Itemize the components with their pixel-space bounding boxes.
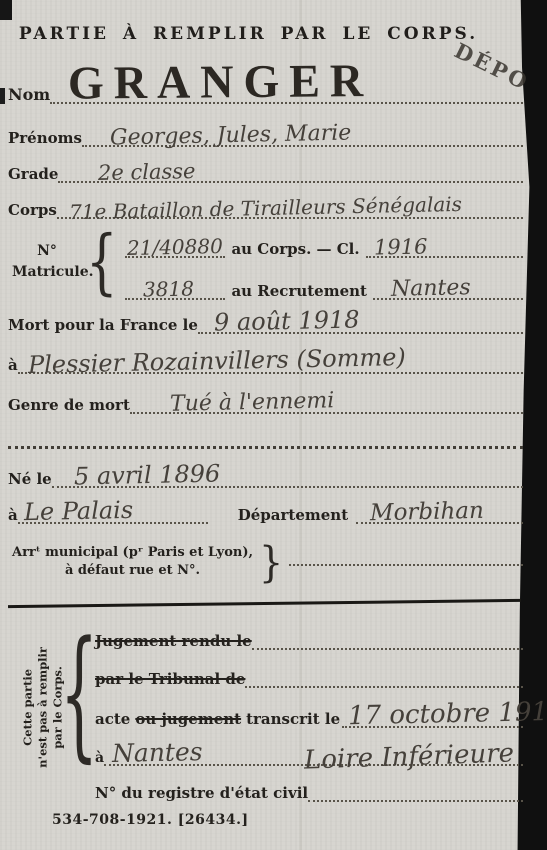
edge-mark [0, 88, 5, 104]
departement-label: Département [238, 506, 348, 524]
genre-mort-line: Tué à l'ennemi [130, 408, 523, 414]
registre-line [308, 796, 523, 802]
matricule-block: N° Matricule. 21/40880 au Corps. — Cl. 1… [12, 224, 523, 300]
acte-label-part2: transcrit le [246, 710, 340, 728]
matricule-recrutement-line: 3818 [125, 298, 225, 300]
transcription-date-value: 17 octobre 1919 [348, 697, 547, 732]
lieu-transcription-line: Nantes Loire Inférieure [104, 760, 523, 766]
field-row-mort: Mort pour la France le 9 août 1918 [8, 306, 523, 334]
grade-line: 2e classe [58, 177, 523, 183]
prenoms-value: Georges, Jules, Marie [110, 120, 352, 150]
field-row-tribunal: par le Tribunal de [95, 664, 523, 688]
acte-label-struck: ou jugement [135, 710, 241, 728]
arr-municipal-line [289, 560, 523, 566]
field-row-transcription: acte ou jugement transcrit le 17 octobre… [95, 698, 523, 728]
lieu-mort-line: Plessier Rozainvillers (Somme) [18, 368, 523, 374]
corps-value: 71e Bataillon de Tirailleurs Sénégalais [69, 192, 462, 224]
classe-value: 1916 [373, 234, 427, 259]
sidebar-note: Cette partie n'est pas à remplir par le … [21, 627, 66, 787]
matricule-brace [86, 226, 118, 297]
recrutement-line: Nantes [373, 294, 523, 300]
ne-le-value: 5 avril 1896 [73, 459, 220, 490]
jugement-line [252, 644, 523, 650]
corps-line: 71e Bataillon de Tirailleurs Sénégalais [57, 213, 523, 219]
tribunal-line [245, 682, 523, 688]
grade-label: Grade [8, 165, 58, 183]
field-row-naissance: à Le Palais Département Morbihan [8, 494, 523, 524]
matricule-recrutement-value: 3818 [143, 276, 194, 301]
acte-label-part1: acte [95, 710, 130, 728]
header-title: PARTIE À REMPLIR PAR LE CORPS. [10, 24, 487, 44]
field-row-lieu-mort: à Plessier Rozainvillers (Somme) [8, 344, 523, 374]
arr-municipal-label: Arrᵗ municipal (pʳ Paris et Lyon), à déf… [12, 544, 253, 579]
lieu-transcription-label: à [95, 750, 104, 766]
recrutement-value: Nantes [391, 275, 471, 302]
field-row-corps: Corps 71e Bataillon de Tirailleurs Sénég… [8, 192, 523, 219]
lieu-naissance-value: Le Palais [23, 496, 133, 526]
registre-label: N° du registre d'état civil [95, 784, 308, 802]
lieu-mort-label: à [8, 356, 18, 374]
arr-municipal-brace [259, 541, 283, 583]
departement-line: Morbihan [356, 518, 523, 524]
matricule-corps-line: 21/40880 [125, 256, 225, 258]
field-row-arr-municipal: Arrᵗ municipal (pʳ Paris et Lyon), à déf… [12, 542, 523, 582]
matricule-corps-value: 21/40880 [127, 234, 223, 260]
au-recrutement-label: au Recrutement [231, 282, 367, 300]
mort-line: 9 août 1918 [198, 328, 523, 334]
lieu-transcription-value: Nantes [112, 737, 203, 768]
arr-label-line1: Arrᵗ municipal (pʳ Paris et Lyon), [12, 544, 253, 562]
printer-imprint: 534-708-1921. [26434.] [52, 812, 249, 828]
grade-value: 2e classe [98, 159, 196, 185]
genre-mort-value: Tué à l'ennemi [170, 388, 335, 416]
arr-label-line2: à défaut rue et N°. [12, 562, 253, 580]
matricule-rows: 21/40880 au Corps. — Cl. 1916 3818 au Re… [125, 224, 523, 300]
field-row-nom: Nom GRANGER [8, 56, 523, 104]
field-row-grade: Grade 2e classe [8, 156, 523, 183]
transcription-date-line: 17 octobre 1919 [342, 722, 523, 728]
prenoms-line: Georges, Jules, Marie [82, 141, 523, 147]
civil-section-brace [60, 624, 98, 766]
section-rule [8, 599, 521, 608]
tribunal-label: par le Tribunal de [95, 670, 245, 688]
classe-line: 1916 [366, 252, 523, 258]
corner-mark [0, 0, 12, 20]
departement-value: Morbihan [370, 498, 484, 526]
military-death-record-card: PARTIE À REMPLIR PAR LE CORPS. DÉPO Nom … [0, 0, 547, 850]
matricule-row-recrutement: 3818 au Recrutement Nantes [125, 266, 523, 300]
matricule-label-line2: Matricule. [12, 262, 82, 283]
genre-mort-label: Genre de mort [8, 396, 130, 414]
ne-le-label: Né le [8, 470, 52, 488]
nom-line: GRANGER [50, 98, 523, 104]
sidebar-note-line1: Cette partie [21, 627, 36, 787]
sidebar-note-line2: n'est pas à remplir [36, 627, 51, 787]
au-corps-label: au Corps. — Cl. [231, 240, 359, 258]
mort-date-value: 9 août 1918 [214, 305, 360, 336]
field-row-prenoms: Prénoms Georges, Jules, Marie [8, 120, 523, 147]
lieu-naissance-line: Le Palais [18, 522, 208, 524]
jugement-label: Jugement rendu le [95, 632, 252, 650]
matricule-label-line1: N° [12, 241, 82, 262]
field-row-ne-le: Né le 5 avril 1896 [8, 460, 523, 488]
mort-label: Mort pour la France le [8, 316, 198, 334]
nom-value: GRANGER [68, 53, 374, 110]
field-row-registre: N° du registre d'état civil [95, 778, 523, 802]
nom-label: Nom [8, 85, 50, 104]
field-row-genre-mort: Genre de mort Tué à l'ennemi [8, 386, 523, 414]
matricule-row-corps: 21/40880 au Corps. — Cl. 1916 [125, 224, 523, 258]
matricule-label: N° Matricule. [12, 241, 82, 283]
lieu-naissance-label: à [8, 506, 18, 524]
ne-le-line: 5 avril 1896 [52, 482, 523, 488]
corps-label: Corps [8, 201, 57, 219]
lieu-mort-value: Plessier Rozainvillers (Somme) [27, 343, 405, 379]
field-row-lieu-transcription: à Nantes Loire Inférieure [95, 736, 523, 766]
departement-transcription-value: Loire Inférieure [304, 738, 515, 775]
field-row-jugement: Jugement rendu le [95, 626, 523, 650]
prenoms-label: Prénoms [8, 129, 82, 147]
separator-dotted-line [8, 446, 523, 449]
